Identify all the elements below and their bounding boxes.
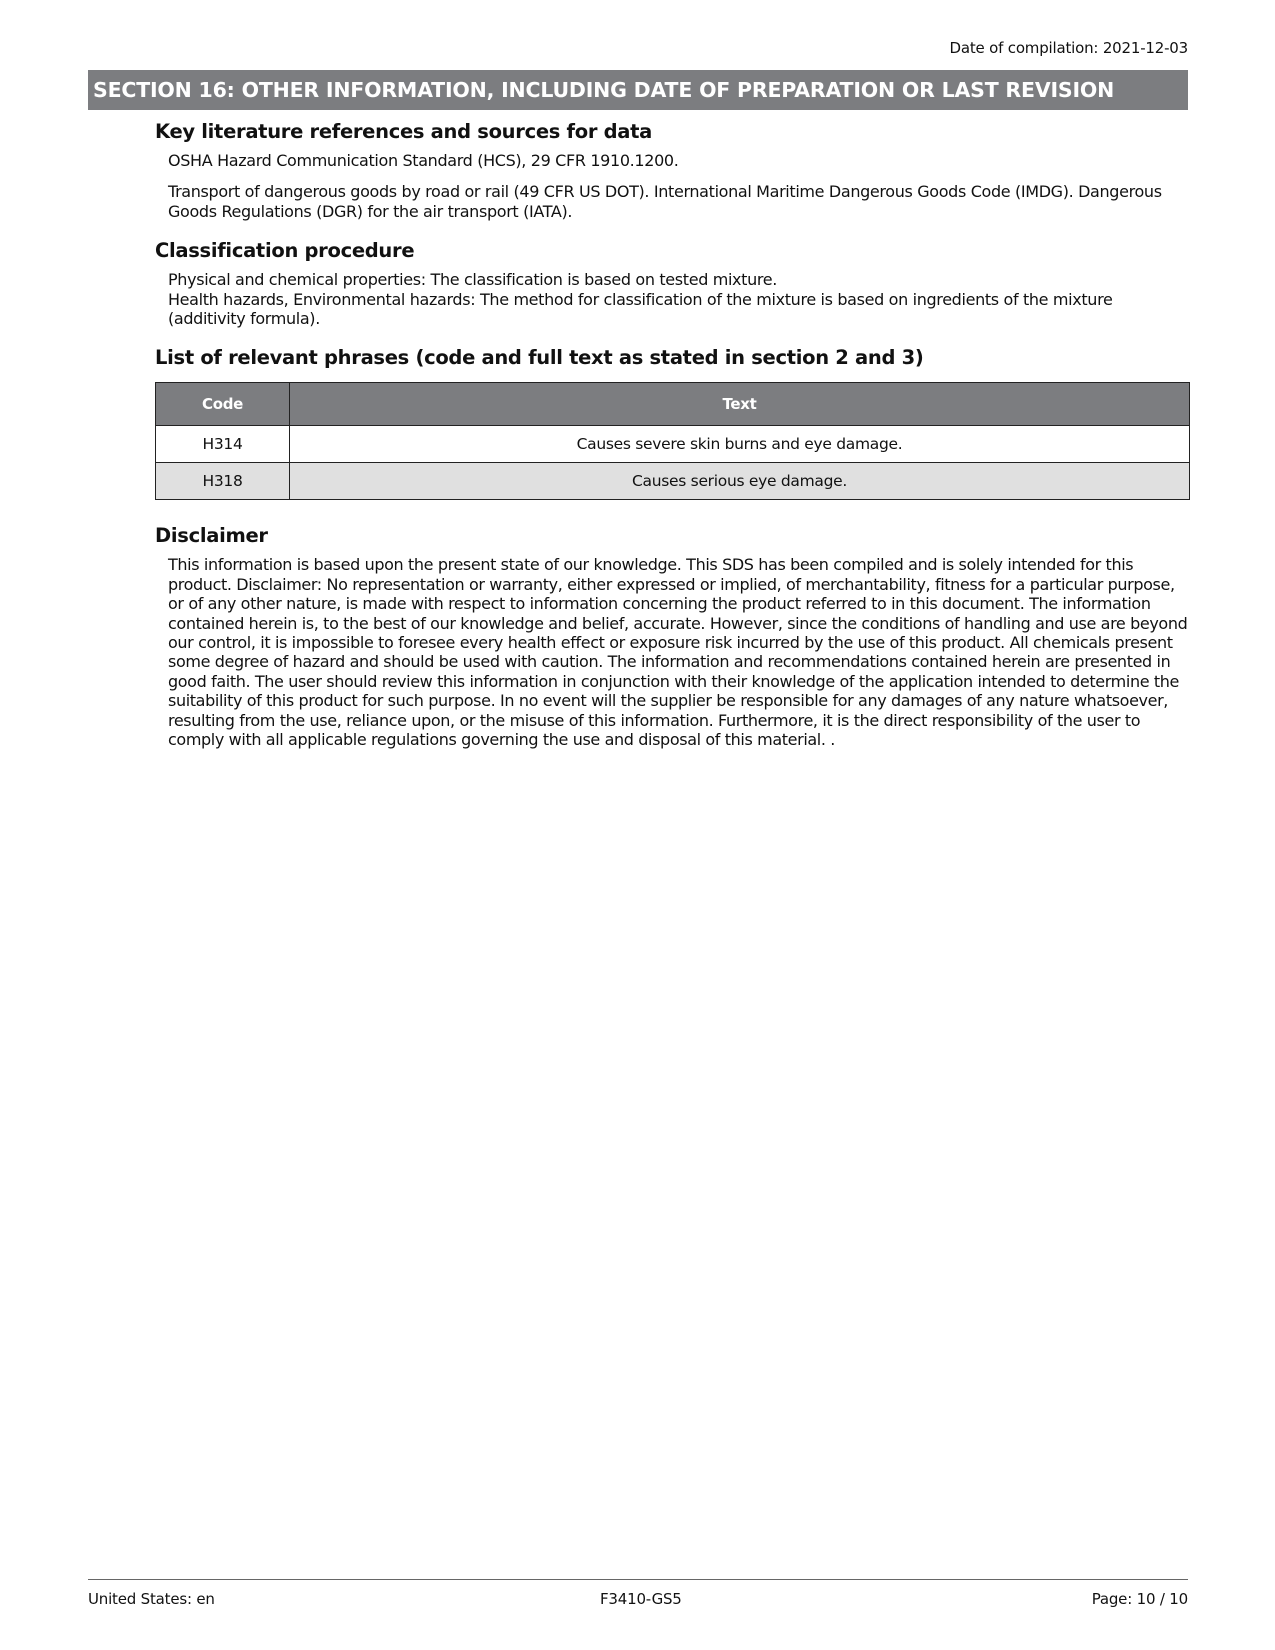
footer-locale: United States: en [88, 1590, 215, 1608]
phrase-text: Causes serious eye damage. [290, 463, 1190, 500]
literature-paragraph: Transport of dangerous goods by road or … [168, 182, 1190, 221]
literature-heading: Key literature references and sources fo… [155, 118, 1190, 146]
classification-line: Health hazards, Environmental hazards: T… [168, 290, 1190, 329]
section-title: SECTION 16: OTHER INFORMATION, INCLUDING… [88, 70, 1188, 110]
classification-line: Physical and chemical properties: The cl… [168, 270, 1190, 289]
footer-divider [88, 1579, 1188, 1580]
footer-product-code: F3410-GS5 [600, 1590, 682, 1608]
phrase-code: H318 [156, 463, 290, 500]
literature-block: Key literature references and sources fo… [155, 118, 1190, 221]
classification-block: Classification procedure Physical and ch… [155, 237, 1190, 328]
table-row: H314 Causes severe skin burns and eye da… [156, 426, 1190, 463]
phrases-heading: List of relevant phrases (code and full … [155, 344, 1190, 372]
footer-page-number: Page: 10 / 10 [1092, 1590, 1188, 1608]
phrases-block: List of relevant phrases (code and full … [155, 344, 1190, 500]
disclaimer-block: Disclaimer This information is based upo… [155, 522, 1190, 749]
table-header-row: Code Text [156, 383, 1190, 426]
disclaimer-heading: Disclaimer [155, 522, 1190, 550]
section-content: Key literature references and sources fo… [155, 118, 1190, 766]
classification-heading: Classification procedure [155, 237, 1190, 265]
disclaimer-text: This information is based upon the prese… [168, 555, 1193, 749]
literature-paragraph: OSHA Hazard Communication Standard (HCS)… [168, 151, 1190, 170]
column-header-code: Code [156, 383, 290, 426]
phrase-text: Causes severe skin burns and eye damage. [290, 426, 1190, 463]
phrases-table: Code Text H314 Causes severe skin burns … [155, 382, 1190, 500]
phrase-code: H314 [156, 426, 290, 463]
column-header-text: Text [290, 383, 1190, 426]
table-row: H318 Causes serious eye damage. [156, 463, 1190, 500]
date-of-compilation: Date of compilation: 2021-12-03 [950, 39, 1188, 57]
